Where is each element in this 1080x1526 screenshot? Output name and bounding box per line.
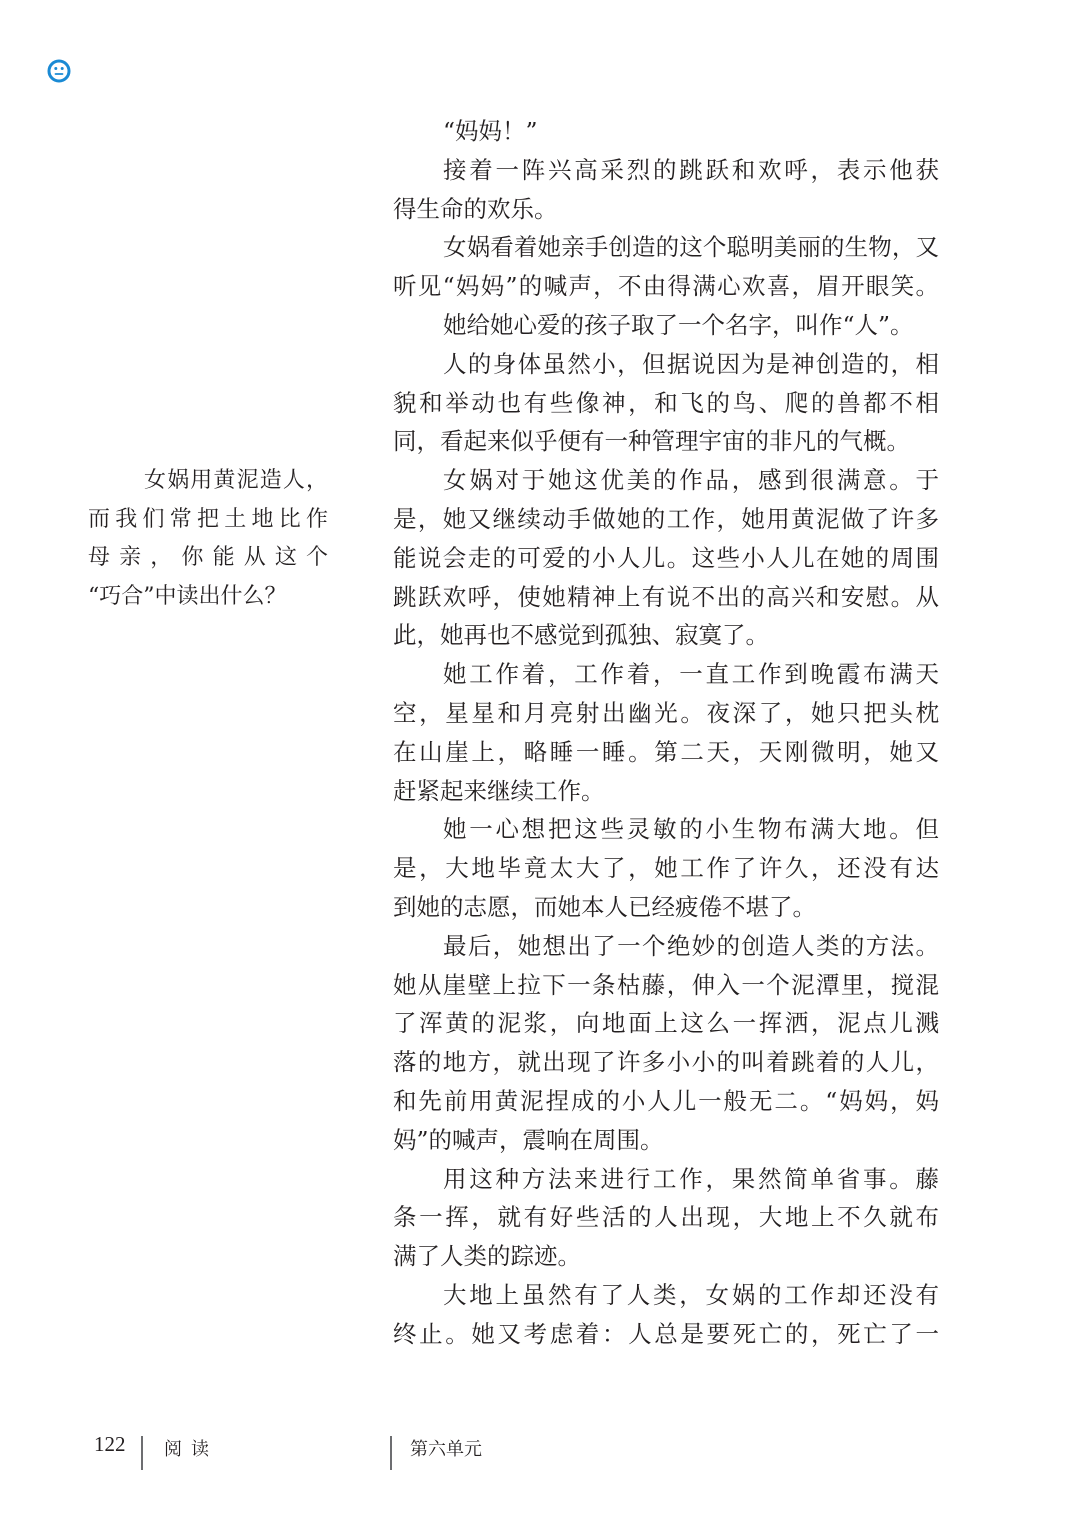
text-line: 人的身体虽然小，但据说因为是神创造的，相 <box>393 345 939 384</box>
text-line: 她给她心爱的孩子取了一个名字，叫作“人”。 <box>393 306 939 345</box>
text-line: 妈”的喊声，震响在周围。 <box>393 1121 939 1160</box>
text-line: 满了人类的踪迹。 <box>393 1237 939 1276</box>
text-line: “妈妈！” <box>393 112 939 151</box>
margin-note-line: 母亲，你能从这个 <box>88 539 328 578</box>
smiley-face-icon <box>47 59 71 83</box>
text-line: 她从崖壁上拉下一条枯藤，伸入一个泥潭里，搅混 <box>393 966 939 1005</box>
text-line: 了浑黄的泥浆，向地面上这么一挥洒，泥点儿溅 <box>393 1004 939 1043</box>
text-line: 用这种方法来进行工作，果然简单省事。藤 <box>393 1160 939 1199</box>
text-line: 女娲看着她亲手创造的这个聪明美丽的生物，又 <box>393 228 939 267</box>
margin-note-line: 女娲用黄泥造人， <box>88 462 328 501</box>
margin-note-line: “巧合”中读出什么？ <box>88 578 328 617</box>
book-title: 阅读 <box>164 1435 218 1461</box>
main-text-column: “妈妈！” 接着一阵兴高采烈的跳跃和欢呼，表示他获 得生命的欢乐。 女娲看着她亲… <box>393 112 939 1354</box>
margin-annotation-question: 女娲用黄泥造人， 而我们常把土地比作 母亲，你能从这个 “巧合”中读出什么？ <box>88 462 328 616</box>
footer-divider <box>141 1436 143 1470</box>
text-line: 赶紧起来继续工作。 <box>393 772 939 811</box>
margin-note-line: 而我们常把土地比作 <box>88 501 328 540</box>
text-line: 终止。她又考虑着：人总是要死亡的，死亡了一 <box>393 1315 939 1354</box>
text-line: 空，星星和月亮射出幽光。夜深了，她只把头枕 <box>393 694 939 733</box>
text-line: 最后，她想出了一个绝妙的创造人类的方法。 <box>393 927 939 966</box>
text-line: 女娲对于她这优美的作品，感到很满意。于 <box>393 461 939 500</box>
text-line: 是，大地毕竟太大了，她工作了许久，还没有达 <box>393 849 939 888</box>
text-line: 大地上虽然有了人类，女娲的工作却还没有 <box>393 1276 939 1315</box>
text-line: 貌和举动也有些像神，和飞的鸟、爬的兽都不相 <box>393 384 939 423</box>
text-line: 条一挥，就有好些活的人出现，大地上不久就布 <box>393 1198 939 1237</box>
text-line: 落的地方，就出现了许多小小的叫着跳着的人儿， <box>393 1043 939 1082</box>
text-line: 同，看起来似乎便有一种管理宇宙的非凡的气概。 <box>393 422 939 461</box>
text-line: 在山崖上，略睡一睡。第二天，天刚微明，她又 <box>393 733 939 772</box>
footer-divider <box>390 1436 392 1470</box>
text-line: 听见“妈妈”的喊声，不由得满心欢喜，眉开眼笑。 <box>393 267 939 306</box>
text-line: 能说会走的可爱的小人儿。这些小人儿在她的周围 <box>393 539 939 578</box>
text-line: 和先前用黄泥捏成的小人儿一般无二。“妈妈，妈 <box>393 1082 939 1121</box>
text-line: 得生命的欢乐。 <box>393 190 939 229</box>
text-line: 跳跃欢呼，使她精神上有说不出的高兴和安慰。从 <box>393 578 939 617</box>
text-line: 此，她再也不感觉到孤独、寂寞了。 <box>393 616 939 655</box>
text-line: 接着一阵兴高采烈的跳跃和欢呼，表示他获 <box>393 151 939 190</box>
page-number: 122 <box>94 1432 126 1457</box>
text-line: 是，她又继续动手做她的工作，她用黄泥做了许多 <box>393 500 939 539</box>
text-line: 她工作着，工作着，一直工作到晚霞布满天 <box>393 655 939 694</box>
text-line: 到她的志愿，而她本人已经疲倦不堪了。 <box>393 888 939 927</box>
page-footer: 122 阅读 第六单元 <box>0 1432 1080 1472</box>
text-line: 她一心想把这些灵敏的小生物布满大地。但 <box>393 810 939 849</box>
unit-label: 第六单元 <box>410 1435 482 1461</box>
